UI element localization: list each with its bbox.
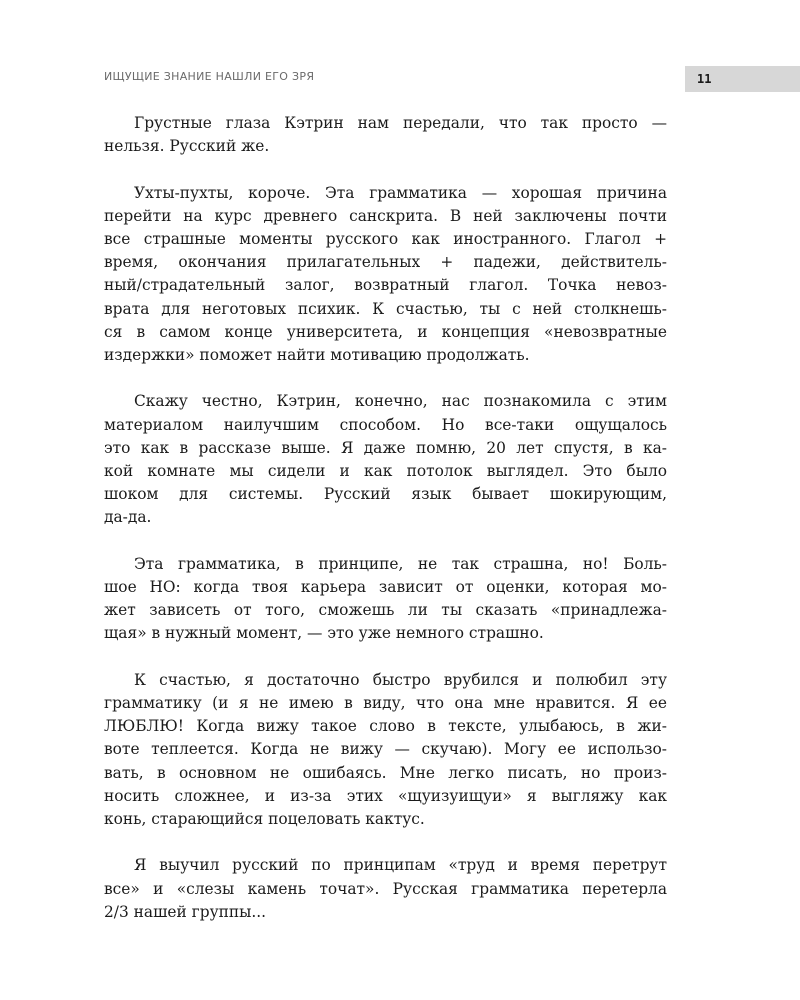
text-line: щая» в нужный момент, — это уже немного … (104, 622, 667, 645)
text-line: 2/3 нашей группы... (104, 901, 667, 924)
text-line: все страшные моменты русского как иностр… (104, 228, 667, 251)
text-line: кой комнате мы сидели и как потолок выгл… (104, 460, 667, 483)
text-line: все» и «слезы камень точат». Русская гра… (104, 878, 667, 901)
text-line: да-да. (104, 506, 667, 529)
text-line: Ухты-пухты, короче. Эта грамматика — хор… (104, 182, 667, 205)
text-line: время, окончания прилагательных + падежи… (104, 251, 667, 274)
text-line: шое НО: когда твоя карьера зависит от оц… (104, 576, 667, 599)
text-line: ный/страдательный залог, возвратный глаг… (104, 274, 667, 297)
text-line: грамматику (и я не имею в виду, что она … (104, 692, 667, 715)
running-head-title: ИЩУЩИЕ ЗНАНИЕ НАШЛИ ЕГО ЗРЯ (104, 70, 314, 83)
page-number: 11 (697, 72, 711, 86)
text-line: Эта грамматика, в принципе, не так страш… (104, 553, 667, 576)
text-line: К счастью, я достаточно быстро врубился … (104, 669, 667, 692)
text-line: шоком для системы. Русский язык бывает ш… (104, 483, 667, 506)
paragraph-2: Ухты-пухты, короче. Эта грамматика — хор… (104, 182, 667, 368)
text-line: воте теплеется. Когда не вижу — скучаю).… (104, 738, 667, 761)
text-line: носить сложнее, и из-за этих «щуизуищуи»… (104, 785, 667, 808)
text-line: ся в самом конце университета, и концепц… (104, 321, 667, 344)
text-line: врата для неготовых психик. К счастью, т… (104, 298, 667, 321)
paragraph-5: К счастью, я достаточно быстро врубился … (104, 669, 667, 831)
text-line: материалом наилучшим способом. Но все-та… (104, 414, 667, 437)
text-line: это как в рассказе выше. Я даже помню, 2… (104, 437, 667, 460)
text-line: ЛЮБЛЮ! Когда вижу такое слово в тексте, … (104, 715, 667, 738)
paragraph-3: Скажу честно, Кэтрин, конечно, нас позна… (104, 390, 667, 529)
body-text: Грустные глаза Кэтрин нам передали, что … (104, 112, 667, 947)
text-line: издержки» поможет найти мотивацию продол… (104, 344, 667, 367)
paragraph-4: Эта грамматика, в принципе, не так страш… (104, 553, 667, 646)
text-line: Грустные глаза Кэтрин нам передали, что … (104, 112, 667, 135)
text-line: нельзя. Русский же. (104, 135, 667, 158)
text-line: Скажу честно, Кэтрин, конечно, нас позна… (104, 390, 667, 413)
text-line: перейти на курс древнего санскрита. В не… (104, 205, 667, 228)
text-line: жет зависеть от того, сможешь ли ты сказ… (104, 599, 667, 622)
paragraph-6: Я выучил русский по принципам «труд и вр… (104, 854, 667, 924)
paragraph-1: Грустные глаза Кэтрин нам передали, что … (104, 112, 667, 158)
page-number-band: 11 (685, 66, 800, 92)
text-line: конь, старающийся поцеловать кактус. (104, 808, 667, 831)
text-line: Я выучил русский по принципам «труд и вр… (104, 854, 667, 877)
text-line: вать, в основном не ошибаясь. Мне легко … (104, 762, 667, 785)
